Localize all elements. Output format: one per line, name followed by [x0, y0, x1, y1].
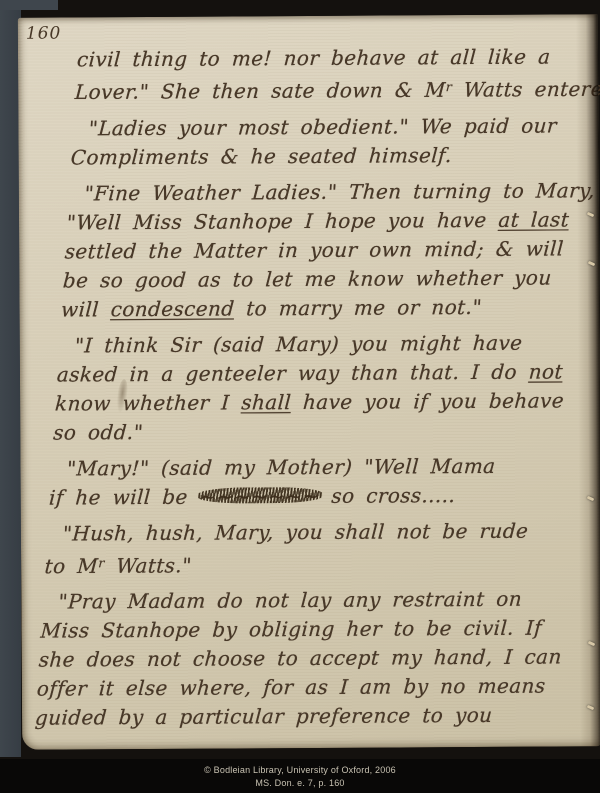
handwriting-segment: if he will be: [48, 484, 200, 509]
handwriting-segment: civil thing to me! nor behave at all lik…: [76, 45, 551, 72]
manuscript-paragraph: "Fine Weather Ladies." Then turning to M…: [60, 176, 587, 324]
manuscript-paragraph: "Pray Madam do not lay any restraint onM…: [34, 585, 561, 733]
underlined-word: shall: [241, 390, 292, 414]
manuscript-paragraph: "Hush, hush, Mary, you shall not be rude…: [44, 516, 566, 581]
manuscript-paragraph: "Mary!" (said my Mother) "Well Mamaif he…: [48, 451, 570, 512]
underlined-word: at last: [498, 207, 570, 231]
manuscript-line: she does not choose to accept my hand, I…: [38, 643, 558, 675]
manuscript-line: be so good as to let me know whether you: [62, 263, 582, 295]
manuscript-line: "Well Miss Stanhope I hope you have at l…: [66, 205, 586, 237]
handwriting-segment: will: [60, 297, 111, 321]
manuscript-line: asked in a genteeler way than that. I do…: [56, 357, 576, 389]
manuscript-line: "Hush, hush, Mary, you shall not be rude: [46, 516, 566, 548]
handwriting-segment: to M: [44, 553, 99, 577]
handwriting-segment: "I think Sir (said Mary) you might have: [74, 330, 523, 357]
manuscript-paragraph: civil thing to me! nor behave at all lik…: [74, 42, 596, 107]
manuscript-line: offer it else where, for as I am by no m…: [36, 672, 556, 704]
handwriting-segment: asked in a genteeler way than that. I do: [56, 359, 529, 386]
handwriting-segment: have you if you behave: [291, 388, 565, 414]
handwriting-segment: guided by a particular preference to you: [34, 703, 493, 730]
folio-number: 160: [26, 20, 598, 43]
handwriting-segment: Lover." She then sate down & M: [74, 78, 446, 104]
manuscript-line: "Mary!" (said my Mother) "Well Mama: [50, 451, 570, 483]
handwriting-segment: settled the Matter in your own mind; & w…: [64, 236, 564, 263]
handwriting-segment: "Mary!" (said my Mother) "Well Mama: [66, 453, 496, 480]
manuscript-line: "Ladies your most obedient." We paid our: [72, 111, 592, 143]
manuscript-line: to Mr Watts.": [44, 545, 564, 581]
image-footer: © Bodleian Library, University of Oxford…: [0, 759, 600, 793]
handwriting-segment: Watts entered.: [451, 77, 600, 102]
manuscript-page: 160 civil thing to me! nor behave at all…: [18, 14, 600, 750]
manuscript-line: if he will be ~~~~~~~ so cross.....: [48, 480, 568, 512]
crossed-out-word: ~~~~~~~: [199, 484, 321, 509]
handwriting-segment: be so good as to let me know whether you: [62, 265, 552, 292]
scanned-manuscript-image: 160 civil thing to me! nor behave at all…: [0, 0, 600, 793]
manuscript-line: know whether I shall have you if you beh…: [54, 386, 574, 418]
manuscript-line: guided by a particular preference to you: [34, 701, 554, 733]
manuscript-line: Compliments & he seated himself.: [70, 140, 590, 172]
handwriting-segment: she does not choose to accept my hand, I…: [38, 645, 563, 672]
manuscript-text: civil thing to me! nor behave at all lik…: [0, 42, 600, 733]
manuscript-line: "Fine Weather Ladies." Then turning to M…: [68, 176, 588, 208]
manuscript-line: Miss Stanhope by obliging her to be civi…: [40, 614, 560, 646]
handwriting-segment: Compliments & he seated himself.: [70, 143, 453, 169]
handwriting-segment: offer it else where, for as I am by no m…: [36, 674, 546, 701]
underlined-word: not: [528, 359, 564, 383]
manuscript-line: settled the Matter in your own mind; & w…: [64, 234, 584, 266]
manuscript-line: "I think Sir (said Mary) you might have: [58, 328, 578, 360]
handwriting-segment: "Hush, hush, Mary, you shall not be rude: [62, 518, 529, 545]
handwriting-segment: "Pray Madam do not lay any restraint on: [58, 587, 523, 614]
handwriting-segment: so cross.....: [319, 483, 456, 508]
manuscript-line: civil thing to me! nor behave at all lik…: [76, 42, 596, 74]
scan-background-corner: [0, 0, 58, 10]
underlined-word: condescend: [110, 296, 235, 321]
copyright-line: © Bodleian Library, University of Oxford…: [204, 764, 396, 776]
manuscript-paragraph: "I think Sir (said Mary) you might havea…: [52, 328, 577, 447]
handwriting-segment: to marry me or not.": [234, 295, 483, 321]
manuscript-line: so odd.": [52, 415, 572, 447]
manuscript-line: will condescend to marry me or not.": [60, 292, 580, 324]
handwriting-segment: know whether I: [54, 390, 242, 415]
handwriting-segment: "Ladies your most obedient." We paid our: [88, 113, 558, 140]
shelfmark-line: MS. Don. e. 7, p. 160: [255, 777, 344, 789]
handwriting-segment: "Well Miss Stanhope I hope you have: [66, 207, 499, 234]
manuscript-paragraph: "Ladies your most obedient." We paid our…: [70, 111, 592, 172]
manuscript-line: "Pray Madam do not lay any restraint on: [42, 585, 562, 617]
handwriting-segment: Watts.": [104, 553, 193, 578]
handwriting-segment: so odd.": [53, 420, 145, 445]
manuscript-line: Lover." She then sate down & Mr Watts en…: [74, 71, 594, 107]
handwriting-segment: "Fine Weather Ladies." Then turning to M…: [84, 178, 596, 205]
handwriting-segment: Miss Stanhope by obliging her to be civi…: [40, 616, 543, 643]
